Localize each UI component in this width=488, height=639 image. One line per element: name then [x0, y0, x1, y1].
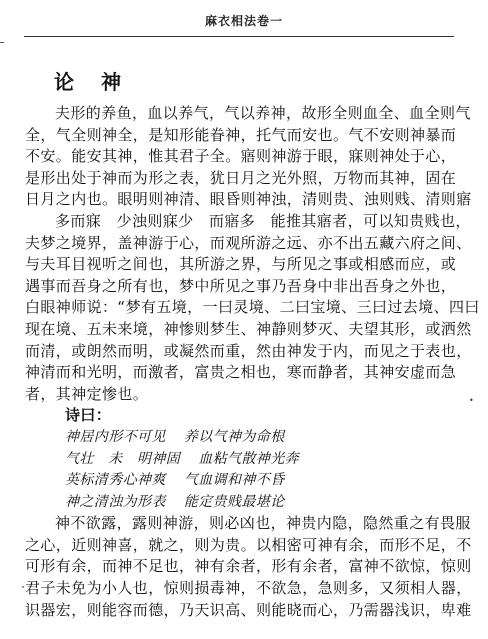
paragraph-line: 日月之内也。眼明则神清、眼昏则神浊，清则贵、浊则贱、清则寤 [25, 189, 460, 211]
poem-line: 神之清浊为形表能定贵贱最堪论 [25, 492, 460, 514]
paragraph-line: 全，气全则神全，是知形能眷神，托气而安也。气不安则神暴而 [25, 125, 460, 147]
poem-line-first: 神之清浊为形表 [65, 494, 166, 510]
paragraph-line: 而清，或朗然而明，或凝然而重，然由神发于内，而见之于表也， [25, 341, 460, 363]
margin-mark: • [469, 396, 474, 405]
header-rule [24, 36, 454, 37]
poem-line-second: 养以气神为命根 [184, 429, 285, 445]
paragraph-line: 之心，近则神喜，就之，则为贵。以相密可神有余，而形不足，不 [25, 535, 460, 557]
paragraph-line: 遇事而吾身之所有也，梦中所见之事乃吾身中非出吾身之外也， [25, 276, 460, 298]
paragraph-line: 神清而和光明，而激者，富贵之相也，寒而静者，其神安虚而急 [25, 362, 460, 384]
poem-line: 气壮 未 明神固血粘气散神光奔 [25, 449, 460, 471]
header-rule-mark [0, 42, 4, 43]
poem-line-first: 神居内形不可见 [65, 429, 166, 445]
poem-line: 英标清秀心神爽气血调和神不昏 [25, 470, 460, 492]
poem-label: 诗曰： [25, 405, 460, 427]
paragraph-line: 夫形的养鱼，血以养气，气以养神，故形全则血全、血全则气 [25, 103, 460, 125]
poem-line-second: 血粘气散神光奔 [198, 451, 299, 467]
paragraph-line: 白眼神师说：“梦有五境，一曰灵境、二曰宝境、三曰过去境、四曰 [25, 297, 460, 319]
poem-line: 神居内形不可见养以气神为命根 [25, 427, 460, 449]
poem-line-first: 英标清秀心神爽 [65, 472, 166, 488]
poem-line-first: 气壮 未 明神固 [65, 451, 180, 467]
paragraph-line: 是形出处于神而为形之表，犹日月之光外照，万物而其神，固在 [25, 168, 460, 190]
paragraph-line: 神不欲露，露则神游，则必凶也，神贵内隐，隐然重之有畏服 [25, 513, 460, 535]
paragraph-line: 可形有余，而神不足也，神有余者，形有余者，富神不欲惊，惊则 [25, 556, 460, 578]
paragraph-line: 多而寐 少浊则寐少 而寤多 能推其寤者，可以知贵贱也， [25, 211, 460, 233]
paragraph-line: 识器宏，则能容而德，乃天识高、则能晓而心，乃需器浅识，卑难 [25, 600, 460, 622]
paragraph-line: 不安。能安其神，惟其君子全。寤则神游于眼，寐则神处于心， [25, 146, 460, 168]
body-text: 夫形的养鱼，血以养气，气以养神，故形全则血全、血全则气 全，气全则神全，是知形能… [25, 103, 460, 621]
page-title: 论 神 [54, 66, 131, 95]
paragraph-line: 君子未免为小人也，惊则损毒神，不欲急，急则多，又须相人器， [25, 578, 460, 600]
scan-dot [22, 586, 24, 588]
running-header: 麻衣相法卷一 [0, 12, 488, 29]
poem-line-second: 气血调和神不昏 [184, 472, 285, 488]
paragraph-line: 现在境、五未来境，神惨则梦生、神静则梦灭、夫望其形，或洒然 [25, 319, 460, 341]
paragraph-line: 与夫耳目视听之间也，其所游之界，与所见之事或相感而应，或 [25, 254, 460, 276]
paragraph-line: 者，其神定惨也。 [25, 384, 460, 406]
paragraph-line: 夫梦之境界，盖神游于心，而观所游之远、亦不出五藏六府之间、 [25, 233, 460, 255]
poem-line-second: 能定贵贱最堪论 [184, 494, 285, 510]
